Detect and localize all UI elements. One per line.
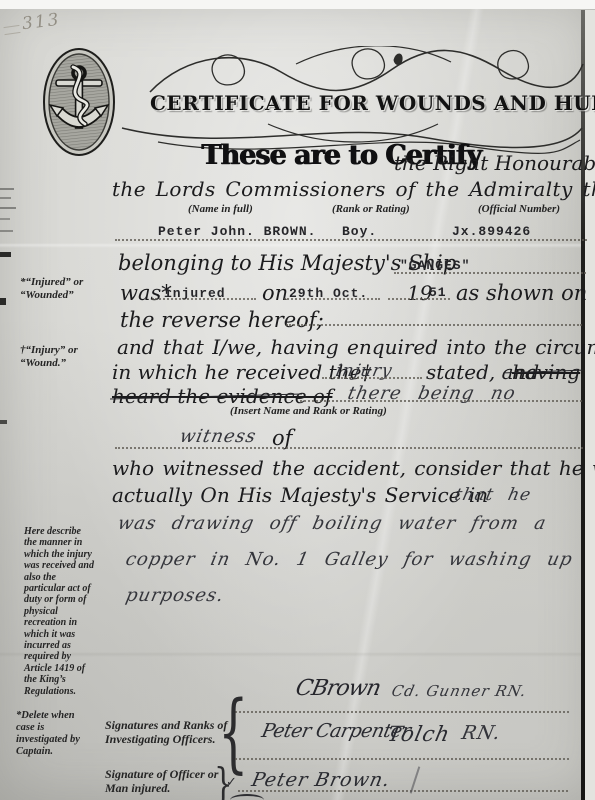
dotted-line bbox=[235, 711, 569, 713]
printed-actually: actually On His Majesty's Service in bbox=[112, 483, 488, 507]
cut-off-scrawl-fragment bbox=[230, 794, 264, 800]
scan-edge-top bbox=[0, 0, 595, 9]
certify-honourable: the Right Honourable bbox=[394, 151, 595, 175]
entry-ship: "GANGES" bbox=[400, 258, 470, 273]
margin-note-injury: †“Injury” or “Wound.” bbox=[20, 344, 100, 370]
scan-artifact bbox=[0, 252, 11, 257]
certificate-scan: 313 bbox=[0, 0, 595, 800]
hand-witness-word: witness bbox=[178, 426, 259, 447]
certify-line2: the Lords Commissioners of the Admiralty… bbox=[112, 177, 595, 201]
printed-witnessed: who witnessed the accident, consider tha… bbox=[112, 456, 595, 480]
certificate-title: CERTIFICATE FOR WOUNDS AND HURTS bbox=[150, 91, 586, 115]
scan-artifact bbox=[0, 420, 7, 424]
hand-description-line1: was drawing off boiling water from a bbox=[116, 513, 549, 534]
signature-investigating-1-rank: Cd. Gunner RN. bbox=[390, 682, 528, 700]
dotted-line bbox=[388, 298, 450, 300]
hand-description-line2: copper in No. 1 Galley for washing up bbox=[124, 549, 575, 570]
scan-artifact bbox=[0, 188, 14, 190]
dotted-line bbox=[394, 272, 586, 274]
entry-name: Peter John. BROWN. bbox=[158, 224, 316, 239]
printed-reverse: the reverse hereof; bbox=[120, 308, 324, 332]
margin-note-delete: *Delete when case is investigated by Cap… bbox=[16, 710, 82, 758]
dotted-line bbox=[152, 298, 256, 300]
entry-official-number: Jx.899426 bbox=[452, 224, 531, 239]
label-investigating-officers: Signatures and Ranks of Investigating Of… bbox=[105, 719, 233, 746]
dotted-line bbox=[284, 298, 380, 300]
dotted-line bbox=[238, 790, 568, 792]
signature-investigating-2-name: Tolch bbox=[385, 722, 452, 746]
label-name-in-full: (Name in full) bbox=[188, 203, 253, 215]
tick-mark: ✓ bbox=[226, 774, 237, 790]
signature-injured-man: Peter Brown. bbox=[250, 769, 393, 791]
label-official-number: (Official Number) bbox=[478, 203, 560, 215]
margin-note-injured: *“Injured” or “Wounded” bbox=[20, 276, 106, 302]
dotted-line bbox=[115, 447, 583, 449]
label-signature-of-injured: Signature of Officer or Man injured. bbox=[105, 768, 225, 795]
printed-as-shown-on: as shown on bbox=[456, 281, 587, 305]
dotted-line bbox=[286, 324, 582, 326]
label-rank-or-rating: (Rank or Rating) bbox=[332, 203, 410, 215]
dotted-line bbox=[322, 377, 422, 379]
margin-note-describe: Here describe the manner in which the in… bbox=[24, 526, 96, 697]
printed-on: on bbox=[262, 281, 288, 305]
pencil-folio-number: 313 bbox=[21, 10, 62, 35]
scan-artifact bbox=[0, 298, 6, 305]
scan-artifact bbox=[0, 197, 11, 199]
pencil-stray-marks bbox=[4, 25, 21, 35]
entry-rank: Boy. bbox=[342, 224, 377, 239]
hand-that-he: that he bbox=[453, 485, 533, 505]
dotted-line bbox=[115, 239, 587, 241]
label-insert-name: (Insert Name and Rank or Rating) bbox=[230, 405, 387, 417]
dotted-line bbox=[235, 758, 569, 760]
scan-edge-right-pale bbox=[585, 10, 595, 800]
hand-description-line3: purposes. bbox=[124, 585, 226, 606]
scan-artifact bbox=[0, 207, 16, 209]
signature-investigating-2-suffix: RN. bbox=[460, 722, 503, 744]
scan-artifact bbox=[0, 230, 13, 232]
fouled-anchor-emblem bbox=[43, 48, 115, 156]
dotted-line bbox=[300, 400, 582, 402]
printed-enquired: and that I/we, having enquired into the … bbox=[117, 335, 595, 359]
scan-artifact bbox=[0, 218, 10, 220]
printed-received: in which he received the† bbox=[112, 360, 371, 384]
signature-investigating-1: CBrown bbox=[293, 676, 382, 701]
